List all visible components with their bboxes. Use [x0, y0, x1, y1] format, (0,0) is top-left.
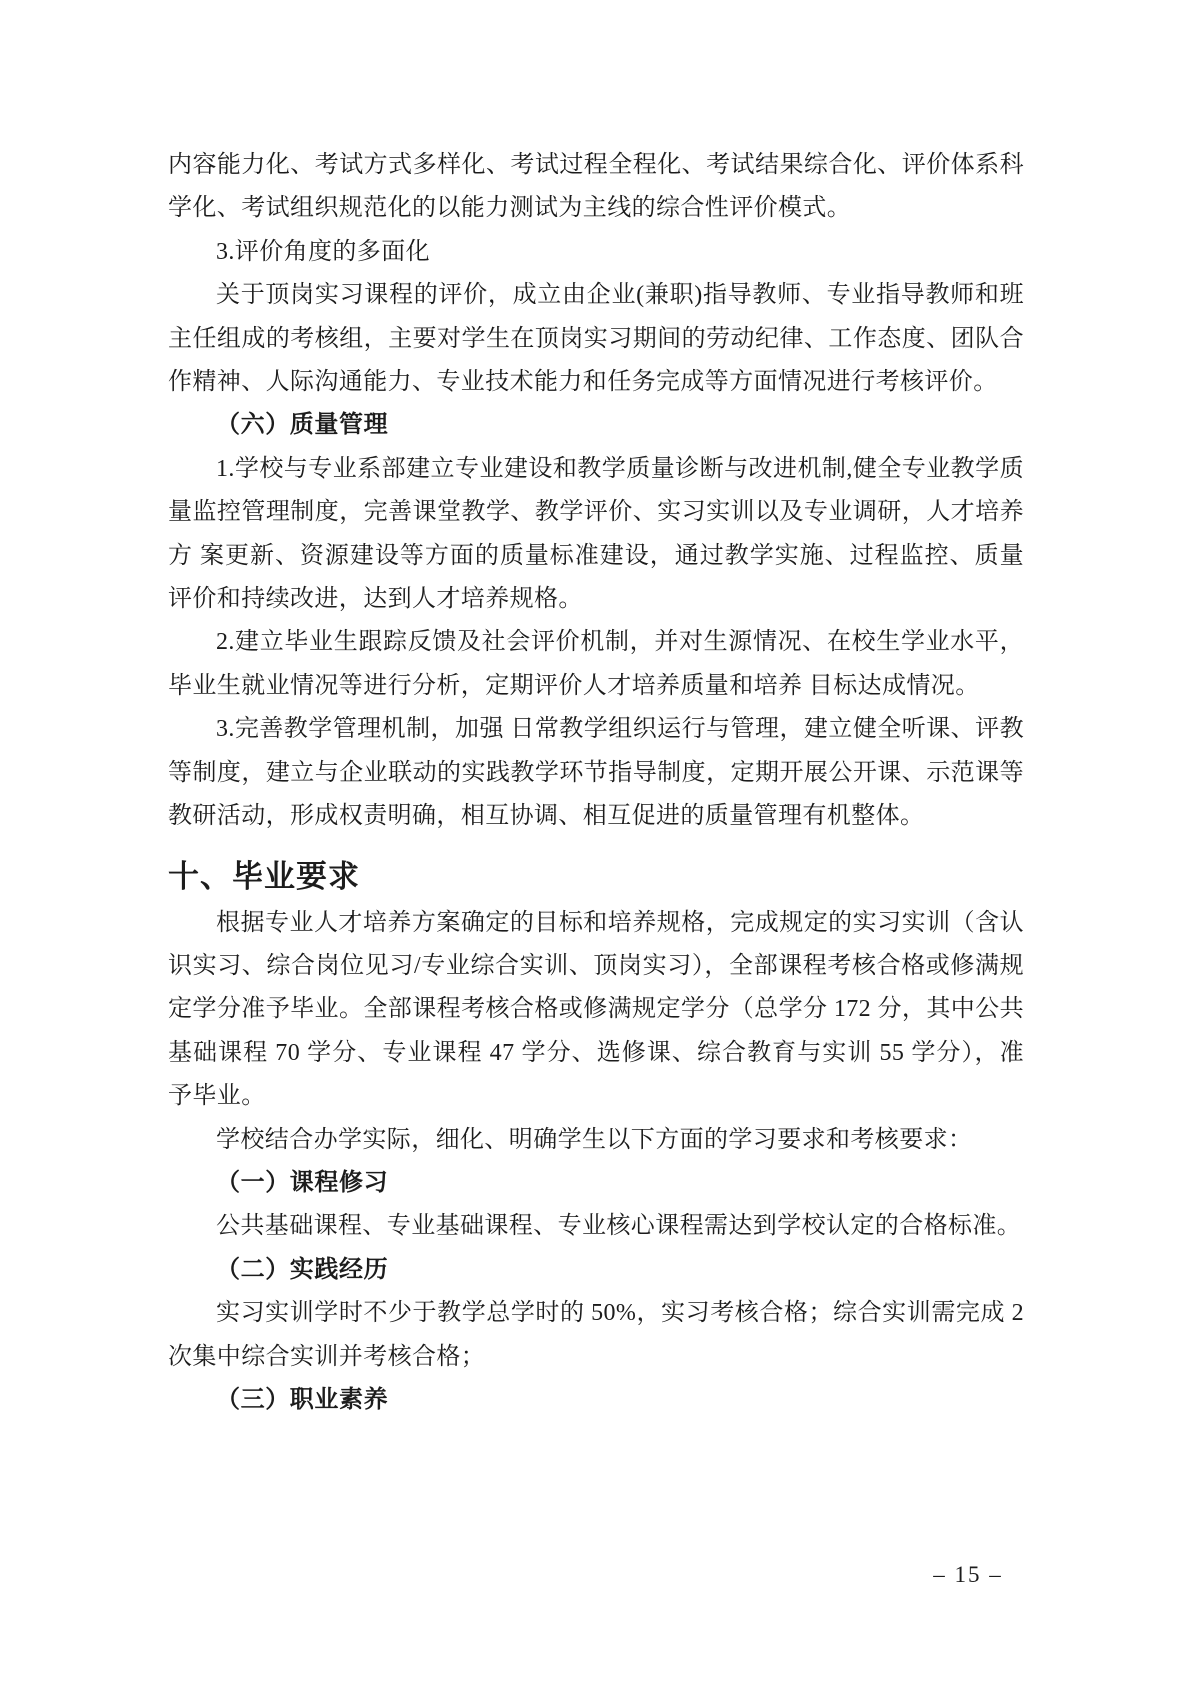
body-paragraph: 关于顶岗实习课程的评价，成立由企业(兼职)指导教师、专业指导教师和班主任组成的考…: [168, 274, 1024, 404]
body-paragraph: 3.完善教学管理机制，加强 日常教学组织运行与管理，建立健全听课、评教 等制度，…: [168, 708, 1024, 838]
sub-section-heading: （二）实践经历: [168, 1249, 1024, 1292]
page-content: 内容能力化、考试方式多样化、考试过程全程化、考试结果综合化、评价体系科学化、考试…: [168, 144, 1024, 1422]
document-page: 内容能力化、考试方式多样化、考试过程全程化、考试结果综合化、评价体系科学化、考试…: [0, 0, 1191, 1684]
body-paragraph: 内容能力化、考试方式多样化、考试过程全程化、考试结果综合化、评价体系科学化、考试…: [168, 144, 1024, 231]
body-paragraph: 实习实训学时不少于教学总学时的 50%，实习考核合格；综合实训需完成 2 次集中…: [168, 1292, 1024, 1379]
body-paragraph: 3.评价角度的多面化: [168, 231, 1024, 274]
body-paragraph: 根据专业人才培养方案确定的目标和培养规格，完成规定的实习实训（含认识实习、综合岗…: [168, 902, 1024, 1119]
section-heading: 十、毕业要求: [168, 852, 1024, 902]
body-paragraph: 2.建立毕业生跟踪反馈及社会评价机制，并对生源情况、在校生学业水平，毕业生就业情…: [168, 621, 1024, 708]
body-paragraph: 公共基础课程、专业基础课程、专业核心课程需达到学校认定的合格标准。: [168, 1205, 1024, 1248]
page-number: – 15 –: [898, 1562, 1038, 1588]
sub-section-heading: （三）职业素养: [168, 1379, 1024, 1422]
body-paragraph: 学校结合办学实际，细化、明确学生以下方面的学习要求和考核要求：: [168, 1119, 1024, 1162]
sub-section-heading: （一）课程修习: [168, 1162, 1024, 1205]
sub-section-heading: （六）质量管理: [168, 404, 1024, 447]
body-paragraph: 1.学校与专业系部建立专业建设和教学质量诊断与改进机制,健全专业教学质量监控管理…: [168, 448, 1024, 622]
